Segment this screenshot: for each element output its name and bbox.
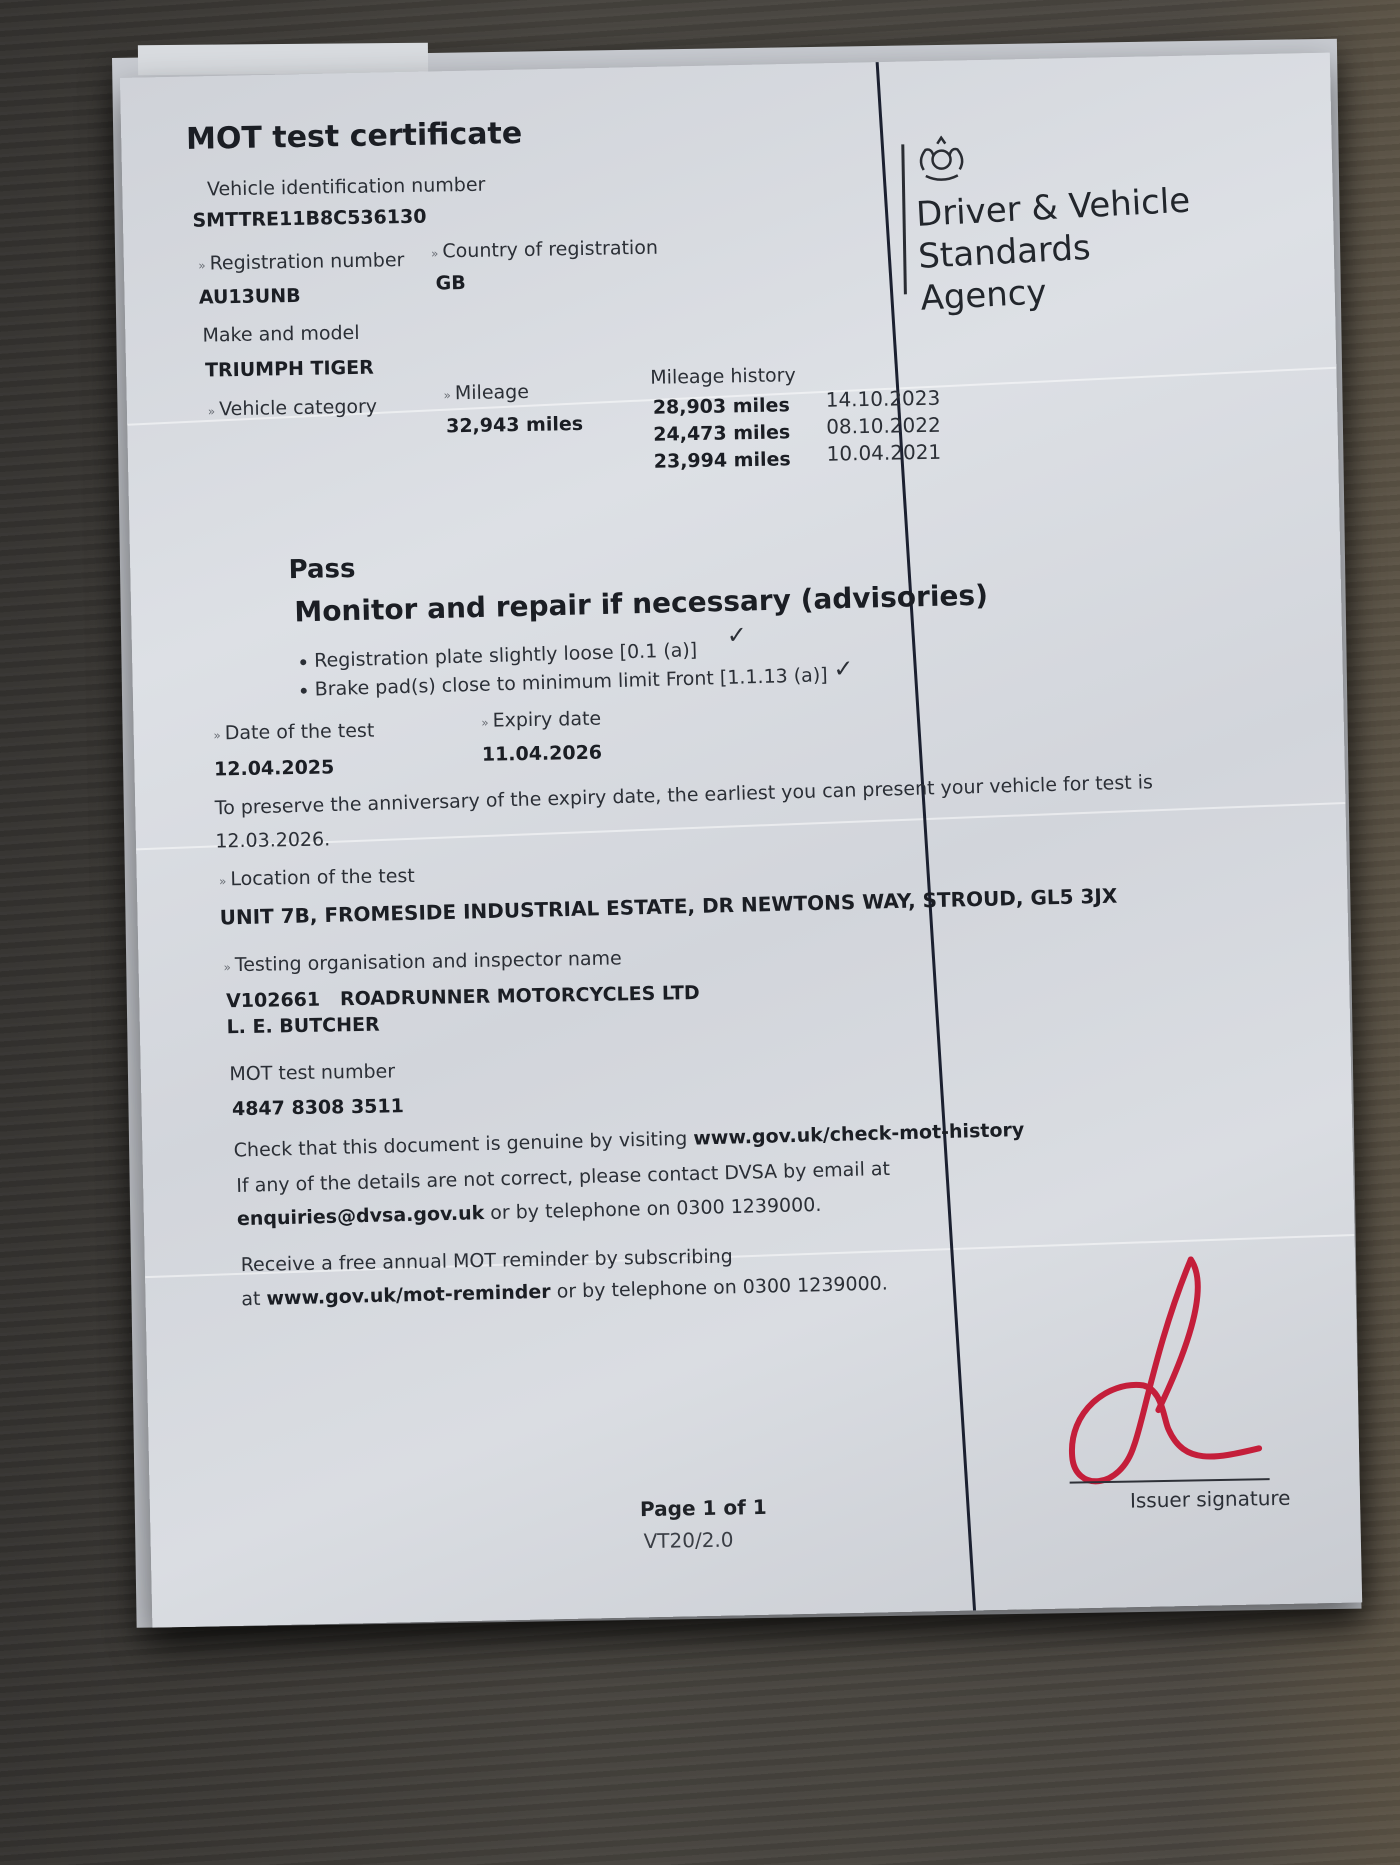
mileage-history-date: 14.10.2023 <box>826 386 941 412</box>
test-date-label: »Date of the test <box>213 720 374 745</box>
mileage-label: »Mileage <box>443 381 529 404</box>
country-value: GB <box>435 272 465 295</box>
expiry-date-value: 11.04.2026 <box>482 742 603 766</box>
bullet-icon <box>301 687 307 693</box>
form-version: VT20/2.0 <box>643 1528 733 1554</box>
anniversary-note: To preserve the anniversary of the expir… <box>214 771 1153 819</box>
registration-label: »Registration number <box>198 249 404 275</box>
inspector-name: L. E. BUTCHER <box>226 1014 379 1039</box>
contact-line-2: enquiries@dvsa.gov.uk or by telephone on… <box>237 1194 822 1230</box>
testing-org-label: »Testing organisation and inspector name <box>223 947 622 976</box>
agency-bar <box>901 144 907 294</box>
advisories-heading: Monitor and repair if necessary (advisor… <box>294 579 988 629</box>
mileage-history-label: Mileage history <box>650 364 796 389</box>
location-value: UNIT 7B, FROMESIDE INDUSTRIAL ESTATE, DR… <box>219 884 1117 930</box>
mot-certificate-page: MOT test certificate Driver & Vehicle St… <box>120 53 1362 1628</box>
expiry-date-label: »Expiry date <box>481 708 601 732</box>
mot-reminder-link[interactable]: www.gov.uk/mot-reminder <box>266 1281 551 1310</box>
reminder-line-1: Receive a free annual MOT reminder by su… <box>241 1245 733 1276</box>
country-label: »Country of registration <box>431 237 658 263</box>
torn-paper-edge <box>138 43 428 76</box>
make-model-value: TRIUMPH TIGER <box>205 357 374 382</box>
handwritten-check-icon: ✓ <box>726 621 747 650</box>
location-label: »Location of the test <box>219 865 415 890</box>
issuer-signature <box>1061 1248 1285 1502</box>
mileage-history-date: 10.04.2021 <box>826 440 941 466</box>
vehicle-category-label: »Vehicle category <box>208 396 378 421</box>
test-date-value: 12.04.2025 <box>214 756 335 780</box>
registration-value: AU13UNB <box>199 285 301 309</box>
genuine-check-text: Check that this document is genuine by v… <box>233 1119 1024 1162</box>
make-model-label: Make and model <box>202 322 359 347</box>
bullet-icon <box>300 659 306 665</box>
test-result: Pass <box>288 554 355 585</box>
contact-line-1: If any of the details are not correct, p… <box>236 1158 890 1197</box>
agency-name: Driver & Vehicle Standards Agency <box>915 180 1196 320</box>
mileage-history-date: 08.10.2022 <box>826 413 941 439</box>
mileage-history-miles: 23,994 miles <box>654 448 791 472</box>
document-title: MOT test certificate <box>186 116 523 157</box>
page-number: Page 1 of 1 <box>640 1495 767 1521</box>
vin-label: Vehicle identification number <box>207 174 486 201</box>
royal-crest-icon <box>911 135 972 184</box>
signature-label: Issuer signature <box>1130 1486 1291 1513</box>
mileage-value: 32,943 miles <box>446 413 583 437</box>
anniversary-date: 12.03.2026. <box>215 828 330 852</box>
test-number-label: MOT test number <box>229 1060 395 1085</box>
vin-value: SMTTRE11B8C536130 <box>192 206 426 232</box>
reminder-line-2: at www.gov.uk/mot-reminder or by telepho… <box>241 1273 888 1311</box>
testing-org-value: V102661 ROADRUNNER MOTORCYCLES LTD <box>226 982 700 1012</box>
check-mot-history-link[interactable]: www.gov.uk/check-mot-history <box>693 1119 1024 1150</box>
test-number-value: 4847 8308 3511 <box>232 1095 404 1120</box>
dvsa-email-link[interactable]: enquiries@dvsa.gov.uk <box>237 1202 485 1230</box>
handwritten-check-icon: ✓ <box>833 654 854 683</box>
mileage-history-miles: 24,473 miles <box>653 421 790 445</box>
mileage-history-miles: 28,903 miles <box>653 394 790 418</box>
